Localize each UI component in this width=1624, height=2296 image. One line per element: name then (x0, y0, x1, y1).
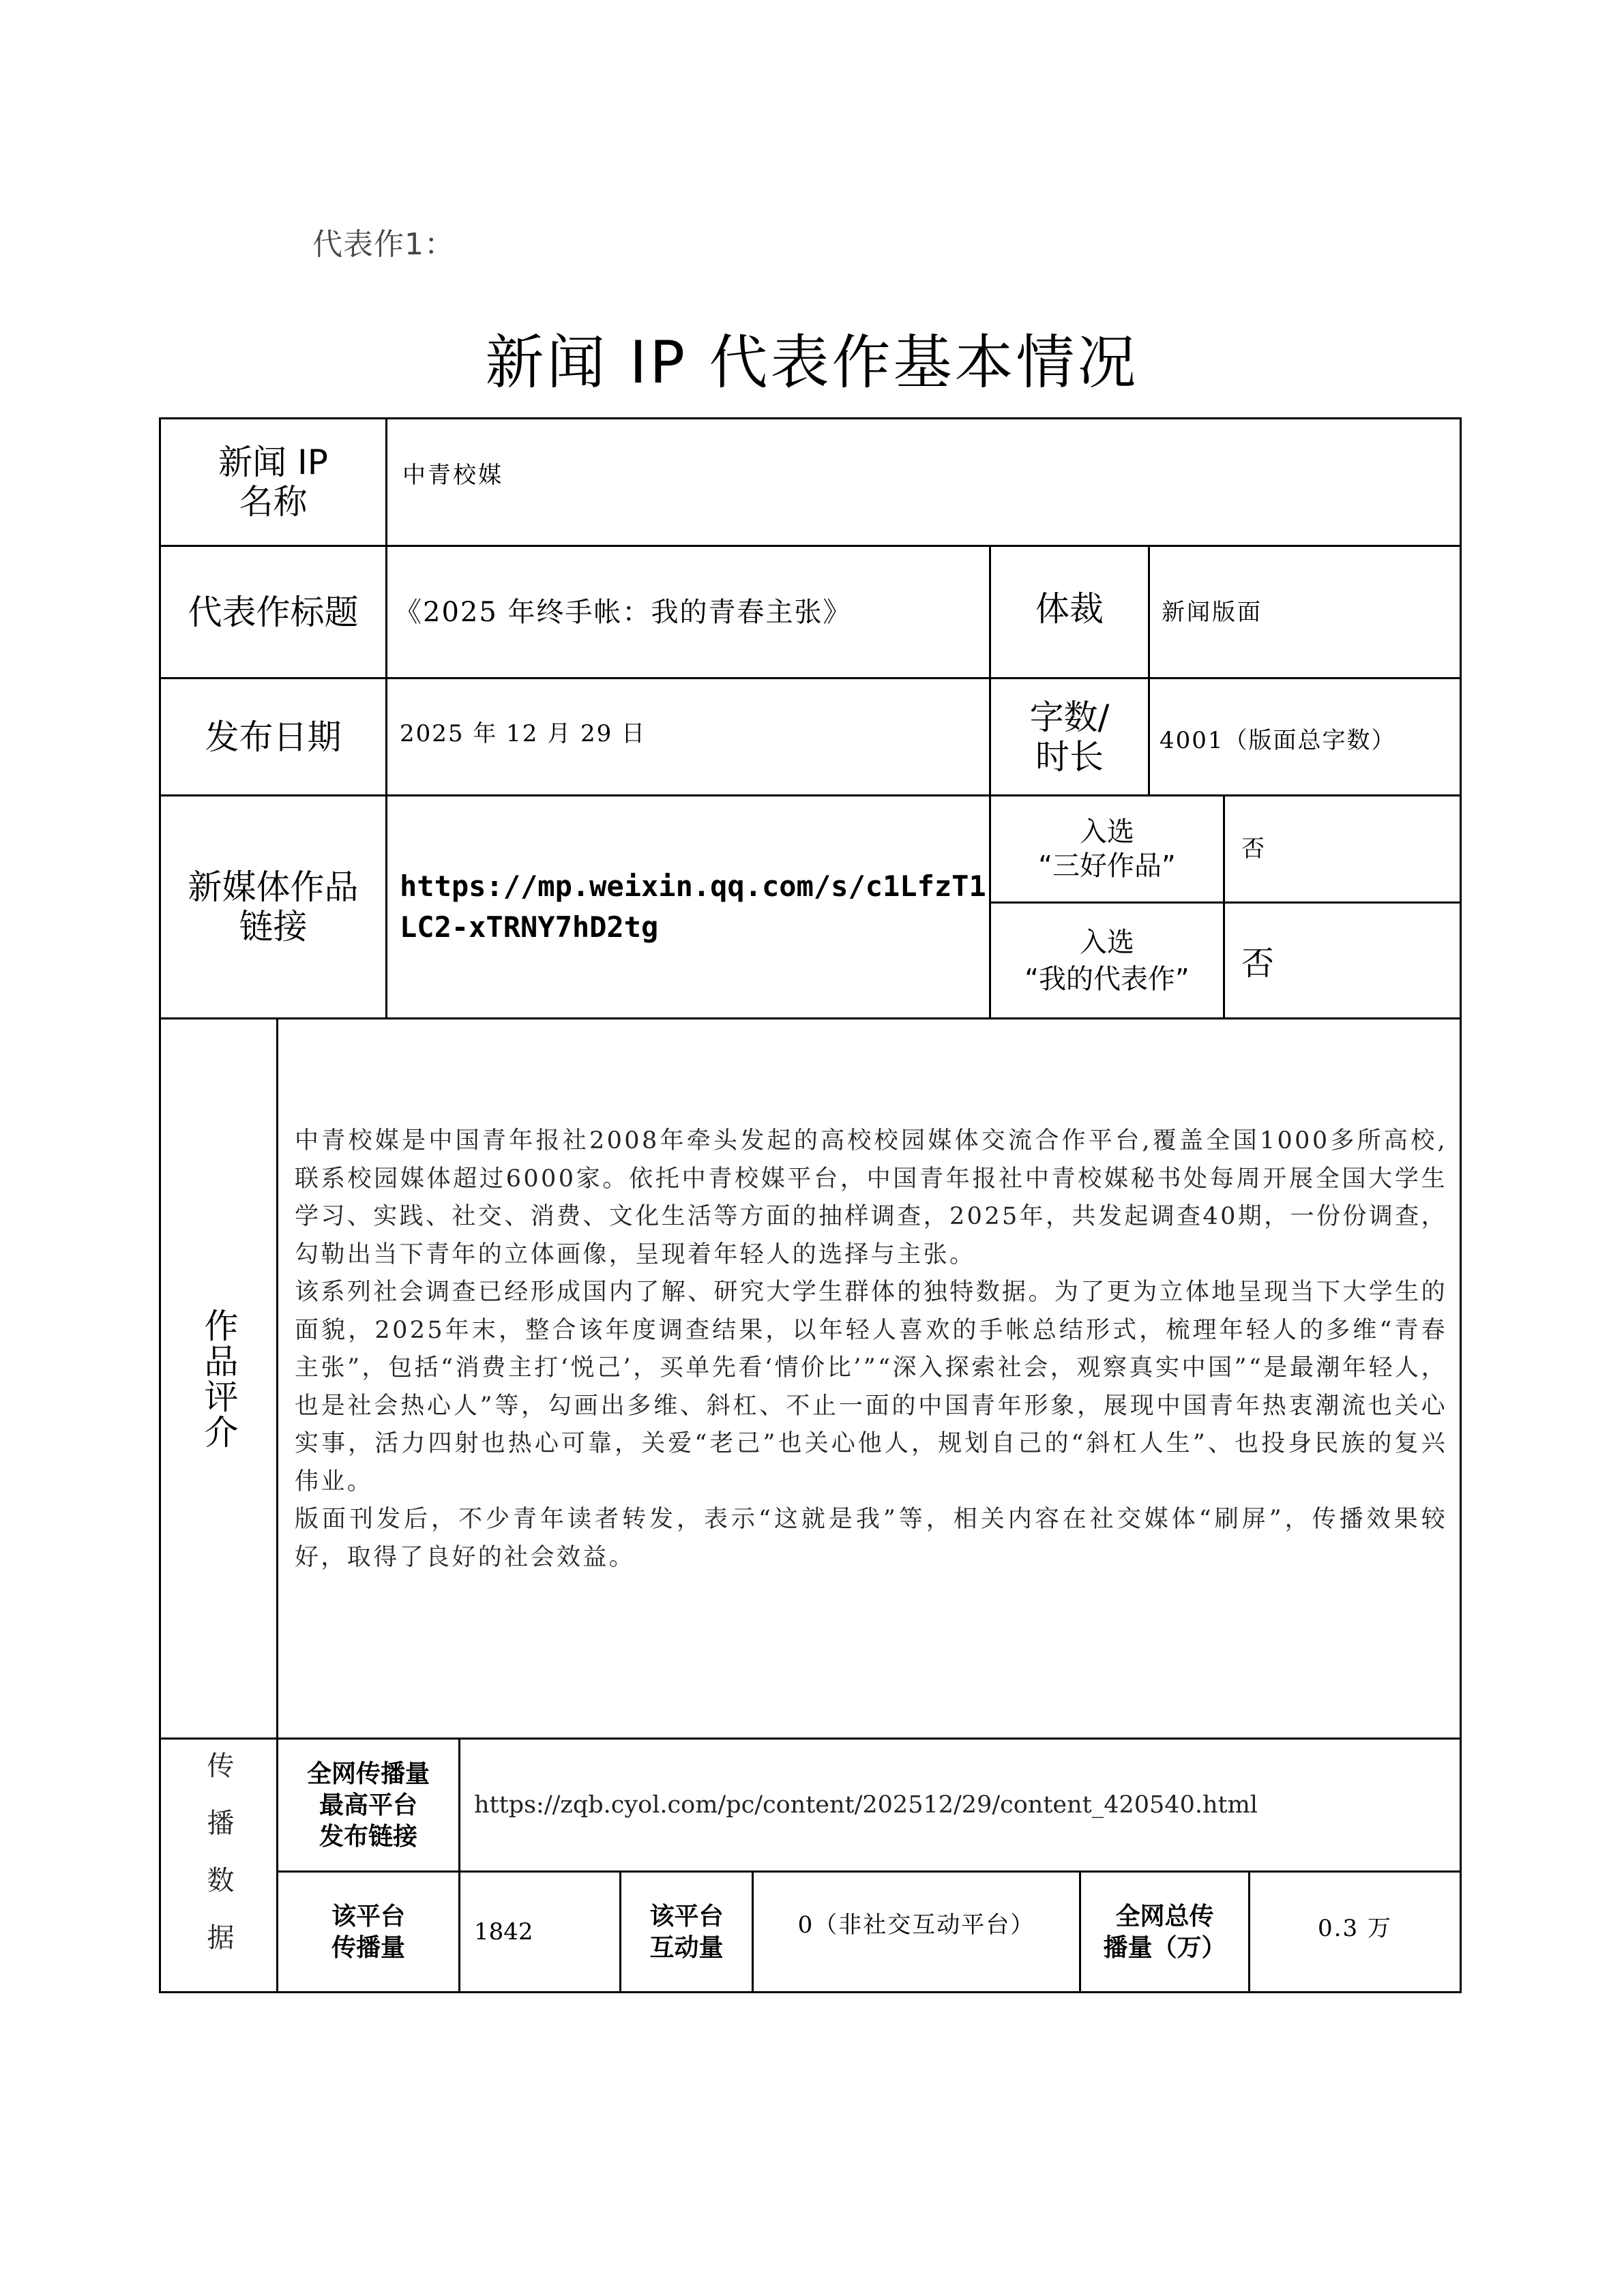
length-label-line2: 时长 (1035, 737, 1104, 777)
publish-date-label-text: 发布日期 (205, 717, 342, 757)
new-media-link-label-line1: 新媒体作品 (188, 867, 359, 907)
review-body: 中青校媒是中国青年报社2008年牵头发起的高校校园媒体交流合作平台,覆盖全国10… (295, 1122, 1447, 1577)
genre-label: 体裁 (991, 547, 1148, 677)
ip-name-label-line1: 新闻 IP (218, 443, 328, 482)
table-border-right (1460, 417, 1462, 1993)
genre-value-text: 新闻版面 (1162, 597, 1263, 627)
review-paragraph: 该系列社会调查已经形成国内了解、研究大学生群体的独特数据。为了更为立体地呈现当下… (295, 1274, 1447, 1501)
table-border-bottom (159, 1991, 1462, 1993)
total-reach-value: 0.3 万 (1250, 1873, 1460, 1991)
top-platform-url-text[interactable]: https://zqb.cyol.com/pc/content/202512/2… (474, 1791, 1258, 1819)
new-media-url-line2[interactable]: LC2-xTRNY7hD2tg (400, 907, 658, 948)
total-reach-value-text: 0.3 万 (1318, 1913, 1392, 1943)
platform-reach-value-text: 1842 (474, 1917, 533, 1947)
review-paragraph: 版面刊发后，不少青年读者转发，表示“这就是我”等，相关内容在社交媒体“刷屏”，传… (295, 1501, 1447, 1577)
work-title-text: 《2025 年终手帐：我的青春主张》 (394, 595, 852, 630)
three-good-value-text: 否 (1241, 834, 1265, 864)
ip-name-text: 中青校媒 (402, 460, 503, 490)
work-title-value: 《2025 年终手帐：我的青春主张》 (394, 547, 988, 677)
my-work-value-text: 否 (1241, 937, 1274, 984)
total-reach-label-line1: 全网总传 (1115, 1900, 1213, 1932)
new-media-link-value[interactable]: https://mp.weixin.qq.com/s/c1LfzT1 LC2-x… (400, 796, 988, 1017)
genre-label-text: 体裁 (1035, 589, 1104, 629)
top-platform-label: 全网传播量 最高平台 发布链接 (278, 1740, 458, 1870)
work-title-label-text: 代表作标题 (188, 593, 359, 632)
top-platform-label-line1: 全网传播量 (307, 1758, 430, 1789)
three-good-label-line1: 入选 (1080, 815, 1134, 849)
ip-name-label: 新闻 IP 名称 (161, 419, 385, 545)
platform-interaction-label: 该平台 互动量 (621, 1873, 752, 1991)
review-label-text: 作品评介 (194, 1308, 243, 1450)
platform-interaction-label-line2: 互动量 (649, 1932, 723, 1963)
top-platform-url[interactable]: https://zqb.cyol.com/pc/content/202512/2… (474, 1740, 1460, 1870)
info-table: 新闻 IP 名称 中青校媒 代表作标题 《2025 年终手帐：我的青春主张》 体… (0, 0, 1624, 2296)
review-paragraph: 中青校媒是中国青年报社2008年牵头发起的高校校园媒体交流合作平台,覆盖全国10… (295, 1122, 1447, 1274)
three-good-value: 否 (1241, 796, 1460, 901)
publish-date-label: 发布日期 (161, 679, 385, 794)
col-divider (1223, 794, 1225, 1017)
work-title-label: 代表作标题 (161, 547, 385, 677)
length-value: 4001（版面总字数） (1160, 679, 1460, 794)
total-reach-label: 全网总传 播量（万） (1081, 1873, 1248, 1991)
platform-reach-label-line1: 该平台 (331, 1900, 405, 1932)
my-work-value: 否 (1241, 904, 1460, 1017)
ip-name-value: 中青校媒 (402, 419, 1453, 545)
platform-reach-label: 该平台 传播量 (278, 1873, 458, 1991)
spread-data-label-text: 传播数据 (199, 1751, 238, 1980)
ip-name-label-line2: 名称 (239, 482, 308, 522)
my-work-label-line2: “我的代表作” (1024, 961, 1189, 998)
row-divider (159, 1017, 1462, 1019)
col-divider (1148, 545, 1150, 794)
length-label-line1: 字数/ (1030, 698, 1110, 737)
platform-interaction-value: 0（非社交互动平台） (754, 1873, 1079, 1991)
platform-interaction-value-text: 0（非社交互动平台） (798, 1910, 1035, 1940)
platform-reach-value: 1842 (474, 1873, 619, 1991)
new-media-url-line1[interactable]: https://mp.weixin.qq.com/s/c1LfzT1 (400, 866, 986, 907)
three-good-label: 入选 “三好作品” (991, 796, 1223, 901)
my-work-label-line1: 入选 (1080, 924, 1134, 961)
publish-date-text: 2025 年 12 月 29 日 (400, 719, 646, 749)
top-platform-label-line3: 发布链接 (319, 1821, 417, 1852)
top-platform-label-line2: 最高平台 (319, 1789, 417, 1821)
three-good-label-line2: “三好作品” (1038, 849, 1175, 883)
col-divider (385, 417, 387, 1017)
publish-date-value: 2025 年 12 月 29 日 (400, 679, 986, 794)
platform-interaction-label-line1: 该平台 (649, 1900, 723, 1932)
review-label: 作品评介 (161, 1019, 276, 1738)
total-reach-label-line2: 播量（万） (1103, 1932, 1226, 1963)
length-label: 字数/ 时长 (991, 679, 1148, 794)
length-value-text: 4001（版面总字数） (1160, 726, 1396, 756)
col-divider (458, 1738, 460, 1993)
new-media-link-label: 新媒体作品 链接 (161, 796, 385, 1017)
new-media-link-label-line2: 链接 (239, 907, 308, 946)
spread-data-label: 传播数据 (161, 1740, 276, 1991)
my-work-label: 入选 “我的代表作” (991, 904, 1223, 1017)
genre-value: 新闻版面 (1162, 547, 1460, 677)
platform-reach-label-line2: 传播量 (331, 1932, 405, 1963)
